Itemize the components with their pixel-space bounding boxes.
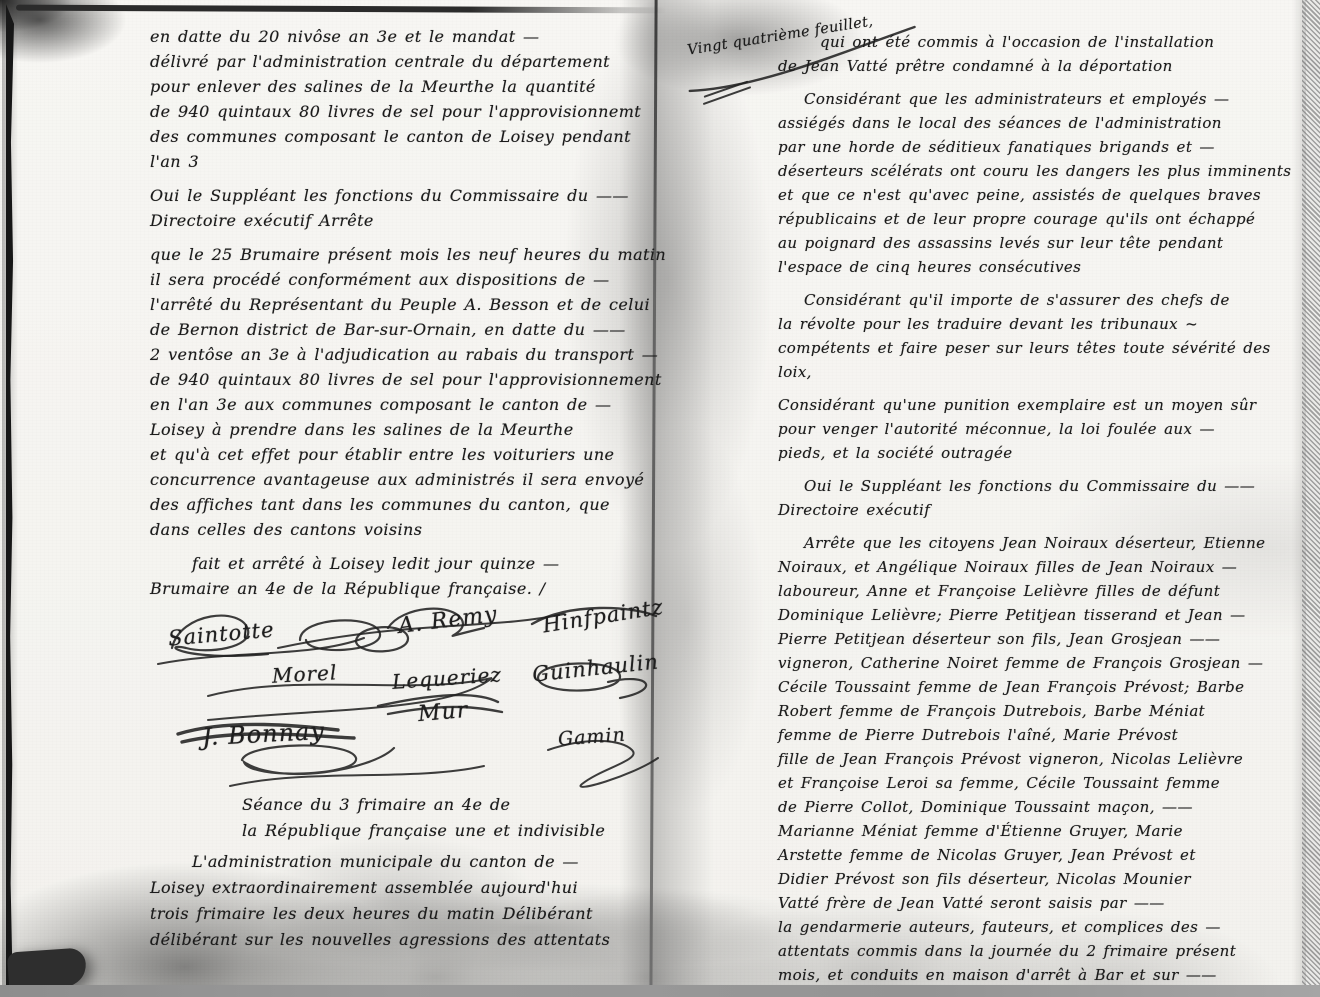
manuscript-line: qui ont été commis à l'occasion de l'ins… [778,30,1310,54]
signature-block: SaintotteA. RemyHinfpaintzMorelLequeriez… [150,600,670,792]
paragraph: en datte du 20 nivôse an 3e et le mandat… [150,24,655,174]
manuscript-line: il sera procédé conformément aux disposi… [150,267,655,292]
manuscript-line: pour enlever des salines de la Meurthe l… [150,74,655,99]
session-heading-text: Séance du 3 frimaire an 4e dela Républiq… [150,792,670,962]
manuscript-line: déserteurs scélérats ont couru les dange… [778,159,1310,183]
manuscript-line: dans celles des cantons voisins [150,517,655,542]
manuscript-line: pieds, et la société outragée [778,441,1310,465]
paragraph: L'administration municipale du canton de… [150,849,670,953]
manuscript-line: trois frimaire les deux heures du matin … [150,901,670,927]
manuscript-line: fait et arrêté à Loisey ledit jour quinz… [150,551,655,576]
manuscript-line: en datte du 20 nivôse an 3e et le mandat… [150,24,655,49]
manuscript-line: délibérant sur les nouvelles agressions … [150,927,670,953]
manuscript-line: des communes composant le canton de Lois… [150,124,655,149]
signature-name: Mur [417,698,469,727]
manuscript-line: de 940 quintaux 80 livres de sel pour l'… [150,367,655,392]
manuscript-line: pour venger l'autorité méconnue, la loi … [778,417,1310,441]
manuscript-line: l'arrêté du Représentant du Peuple A. Be… [150,292,655,317]
manuscript-line: au poignard des assassins levés sur leur… [778,231,1310,255]
paragraph: Arrête que les citoyens Jean Noiraux dés… [778,531,1310,987]
manuscript-line: Brumaire an 4e de la République français… [150,576,655,601]
manuscript-line: Considérant que les administrateurs et e… [778,87,1310,111]
manuscript-line: et qu'à cet effet pour établir entre les… [150,442,655,467]
manuscript-line: l'espace de cinq heures consécutives [778,255,1310,279]
left-page-text: en datte du 20 nivôse an 3e et le mandat… [150,24,655,610]
manuscript-line: de Jean Vatté prêtre condamné à la dépor… [778,54,1310,78]
manuscript-line: par une horde de séditieux fanatiques br… [778,135,1310,159]
manuscript-line: Directoire exécutif [778,498,1310,522]
paragraph: Oui le Suppléant les fonctions du Commis… [778,474,1310,522]
signature-name: Morel [271,660,337,687]
manuscript-line: femme de Pierre Dutrebois l'aîné, Marie … [778,723,1310,747]
manuscript-line: Pierre Petitjean déserteur son fils, Jea… [778,627,1310,651]
manuscript-line: Arrête que les citoyens Jean Noiraux dés… [778,531,1310,555]
paragraph: fait et arrêté à Loisey ledit jour quinz… [150,551,655,601]
manuscript-line: fille de Jean François Prévost vigneron,… [778,747,1310,771]
paragraph: Séance du 3 frimaire an 4e dela Républiq… [150,792,670,844]
right-page-text: qui ont été commis à l'occasion de l'ins… [778,30,1310,996]
manuscript-line: Considérant qu'une punition exemplaire e… [778,393,1310,417]
manuscript-line: Noiraux, et Angélique Noiraux filles de … [778,555,1310,579]
manuscript-line: Marianne Méniat femme d'Étienne Gruyer, … [778,819,1310,843]
manuscript-line: assiégés dans le local des séances de l'… [778,111,1310,135]
manuscript-line: laboureur, Anne et Françoise Lelièvre fi… [778,579,1310,603]
manuscript-line: Loisey extraordinairement assemblée aujo… [150,875,670,901]
manuscript-line: Dominique Lelièvre; Pierre Petitjean tis… [778,603,1310,627]
manuscript-scan: en datte du 20 nivôse an 3e et le mandat… [0,0,1320,997]
paragraph: Considérant qu'une punition exemplaire e… [778,393,1310,465]
paragraph: Considérant qu'il importe de s'assurer d… [778,288,1310,384]
manuscript-line: la gendarmerie auteurs, fauteurs, et com… [778,915,1310,939]
signature-name: Gamin [557,724,626,751]
manuscript-line: en l'an 3e aux communes composant le can… [150,392,655,417]
manuscript-line: de Bernon district de Bar-sur-Ornain, en… [150,317,655,342]
manuscript-line: mois, et conduits en maison d'arrêt à Ba… [778,963,1310,987]
manuscript-line: 2 ventôse an 3e à l'adjudication au raba… [150,342,655,367]
manuscript-line: Cécile Toussaint femme de Jean François … [778,675,1310,699]
manuscript-line: délivré par l'administration centrale du… [150,49,655,74]
manuscript-line: Robert femme de François Dutrebois, Barb… [778,699,1310,723]
manuscript-line: Considérant qu'il importe de s'assurer d… [778,288,1310,312]
paragraph: Considérant que les administrateurs et e… [778,87,1310,279]
manuscript-line: loix, [778,360,1310,384]
manuscript-line: Vatté frère de Jean Vatté seront saisis … [778,891,1310,915]
paragraph: Oui le Suppléant les fonctions du Commis… [150,183,655,233]
manuscript-line: l'an 3 [150,149,655,174]
manuscript-line: Oui le Suppléant les fonctions du Commis… [778,474,1310,498]
manuscript-line: Arstette femme de Nicolas Gruyer, Jean P… [778,843,1310,867]
manuscript-line: L'administration municipale du canton de… [150,849,670,875]
manuscript-line: la République française une et indivisib… [242,818,670,844]
manuscript-line: de 940 quintaux 80 livres de sel pour l'… [150,99,655,124]
manuscript-line: Directoire exécutif Arrête [150,208,655,233]
manuscript-line: Séance du 3 frimaire an 4e de [242,792,670,818]
manuscript-line: Oui le Suppléant les fonctions du Commis… [150,183,655,208]
manuscript-line: républicains et de leur propre courage q… [778,207,1310,231]
manuscript-line: vigneron, Catherine Noiret femme de Fran… [778,651,1310,675]
manuscript-line: Didier Prévost son fils déserteur, Nicol… [778,867,1310,891]
paragraph: qui ont été commis à l'occasion de l'ins… [778,30,1310,78]
manuscript-line: et que ce n'est qu'avec peine, assistés … [778,183,1310,207]
paragraph: que le 25 Brumaire présent mois les neuf… [150,242,655,542]
manuscript-line: attentats commis dans la journée du 2 fr… [778,939,1310,963]
manuscript-line: concurrence avantageuse aux administrés … [150,467,655,492]
manuscript-line: la révolte pour les traduire devant les … [778,312,1310,336]
manuscript-line: compétents et faire peser sur leurs tête… [778,336,1310,360]
manuscript-line: que le 25 Brumaire présent mois les neuf… [150,242,655,267]
manuscript-line: de Pierre Collot, Dominique Toussaint ma… [778,795,1310,819]
manuscript-line: Loisey à prendre dans les salines de la … [150,417,655,442]
manuscript-line: des affiches tant dans les communes du c… [150,492,655,517]
manuscript-line: et Françoise Leroi sa femme, Cécile Tous… [778,771,1310,795]
